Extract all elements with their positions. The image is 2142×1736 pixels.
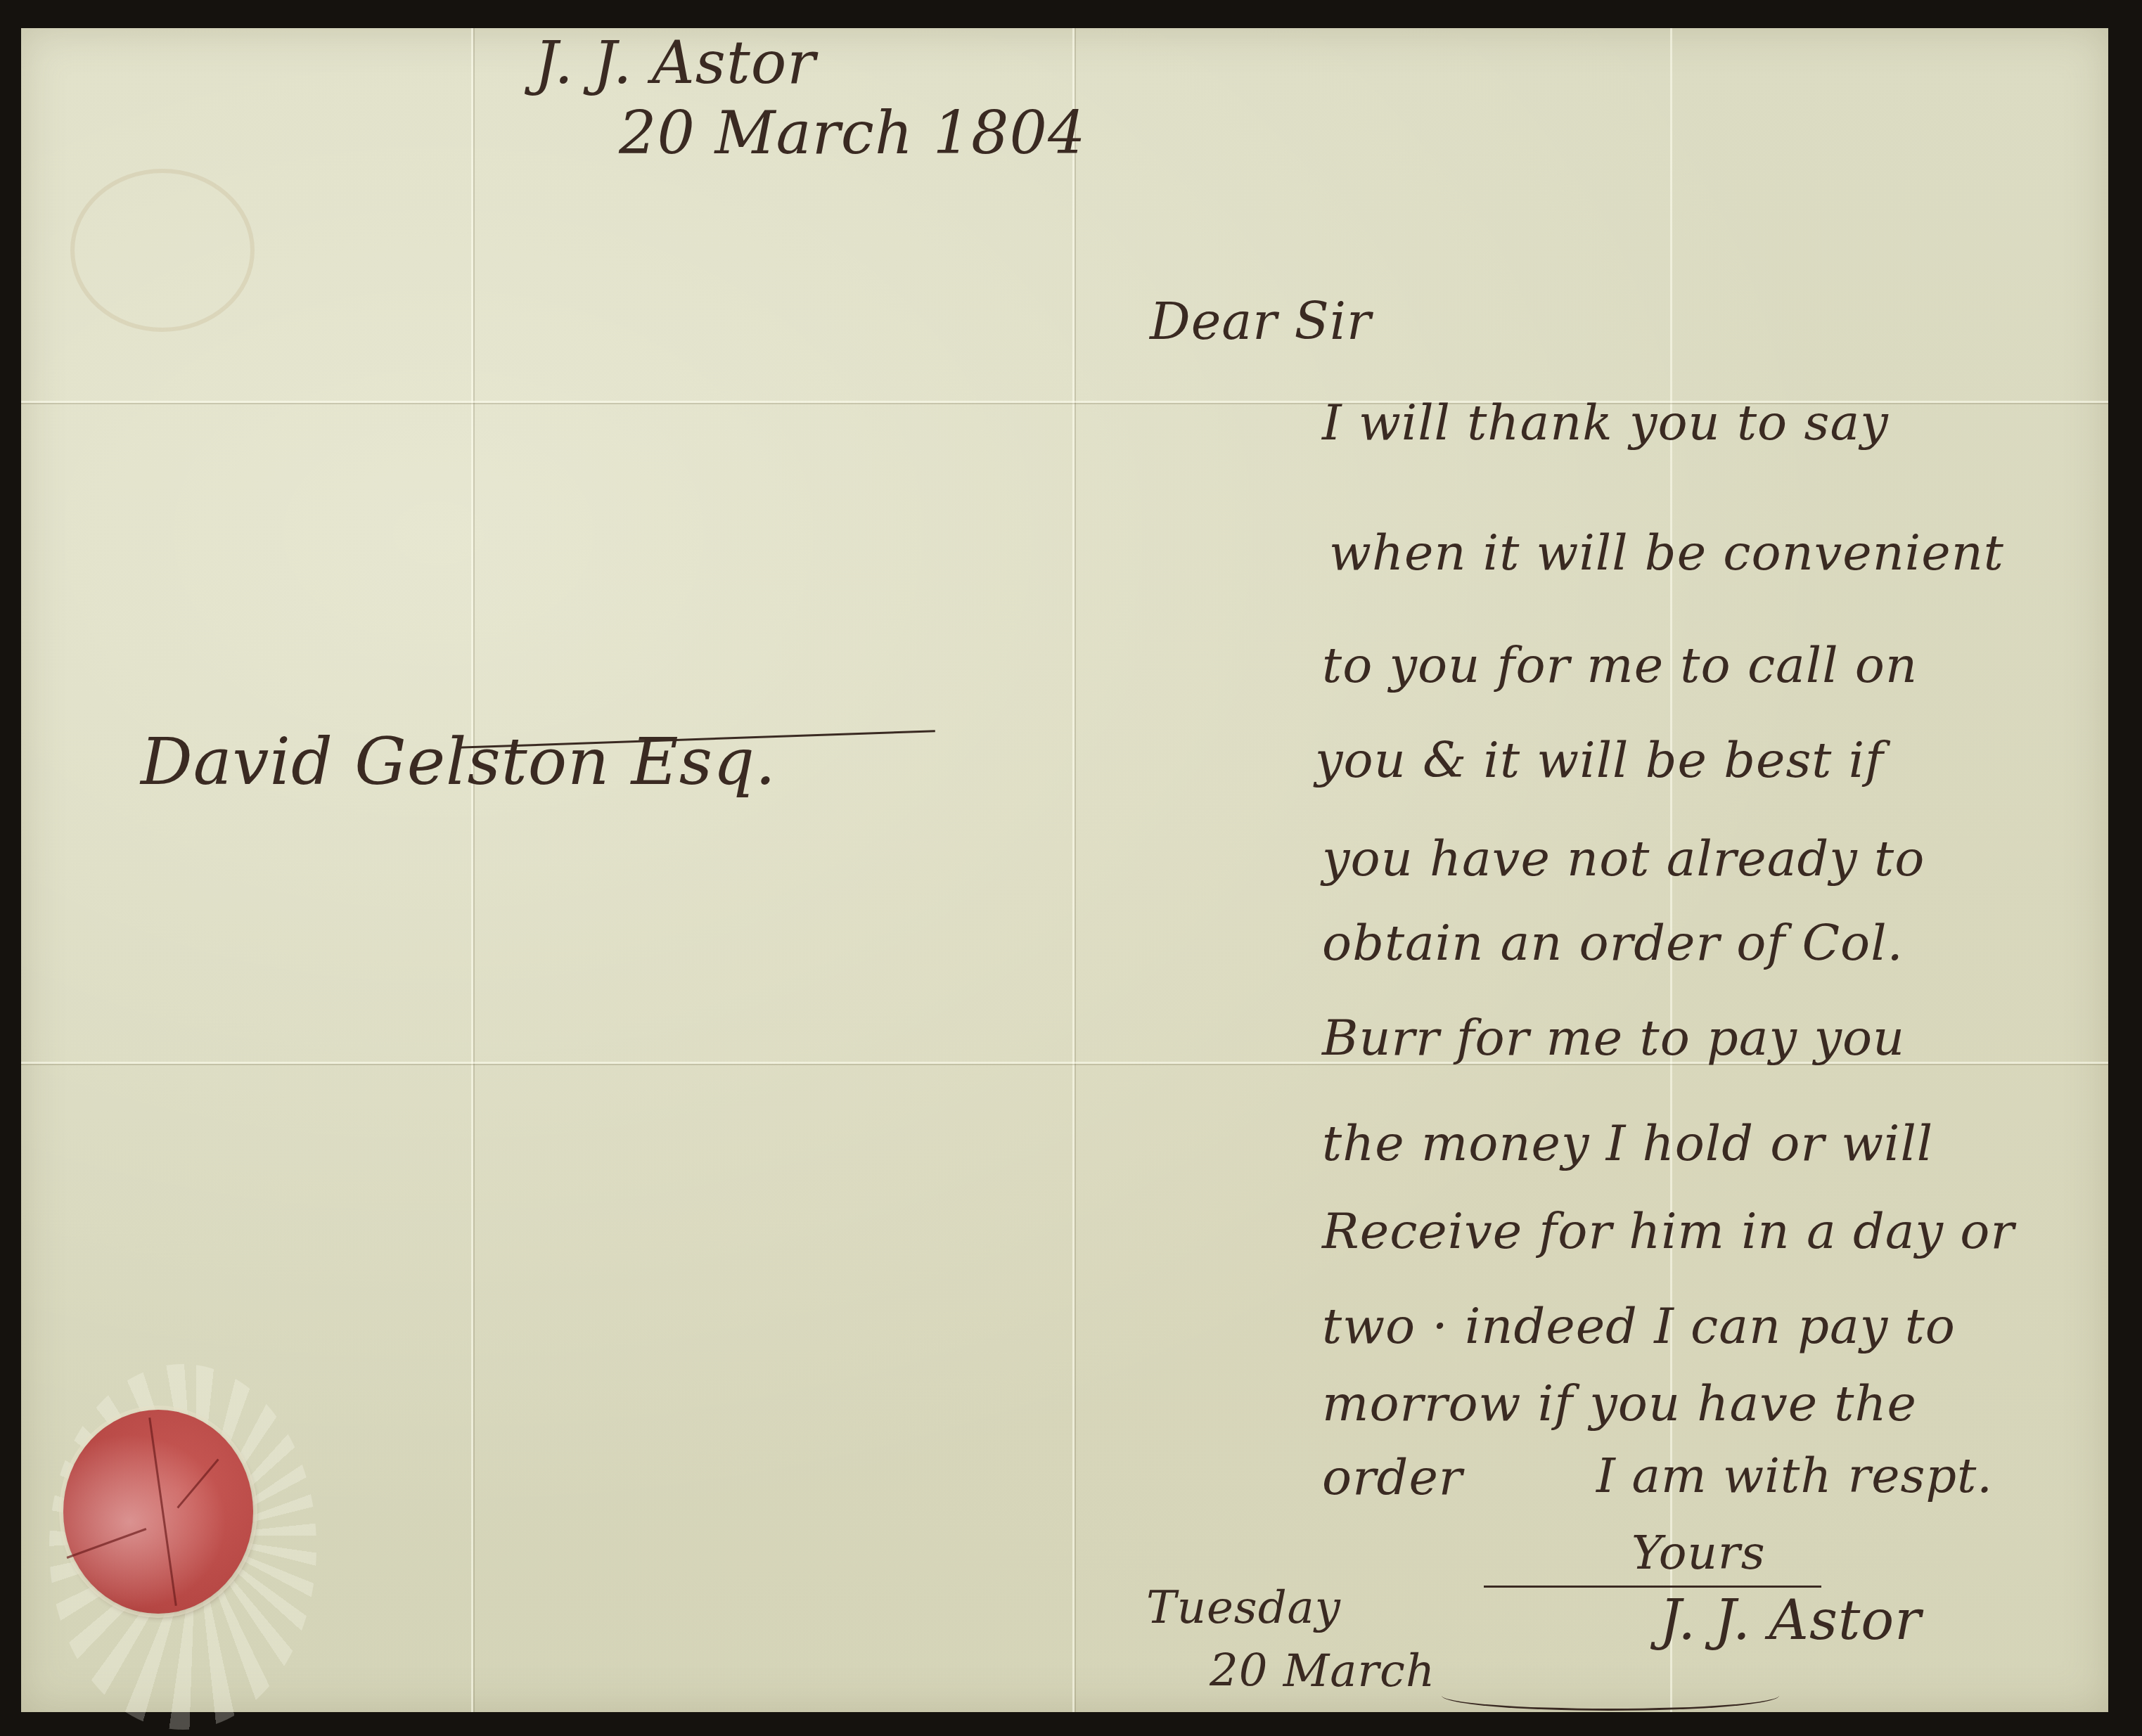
faint-postmark-stamp — [70, 169, 255, 332]
signature: J. J. Astor — [1660, 1589, 1922, 1652]
signature-overline — [1484, 1586, 1821, 1588]
closing-phrase: I am with respt. — [1596, 1448, 1993, 1504]
docket-date: 20 March 1804 — [619, 98, 1086, 167]
signature-flourish — [1442, 1680, 1779, 1711]
body-line-7: Burr for me to pay you — [1322, 1009, 1905, 1067]
fold-shadow-vertical-center — [1075, 28, 1076, 1712]
body-line-8: the money I hold or will — [1322, 1114, 1933, 1172]
body-line-5: you have not already to — [1322, 830, 1925, 887]
seal-crack — [177, 1459, 219, 1509]
body-line-10: two · indeed I can pay to — [1322, 1297, 1956, 1355]
dateline-date: 20 March — [1210, 1645, 1435, 1697]
body-line-11: morrow if you have the — [1322, 1375, 1917, 1432]
docket-sender-name: J. J. Astor — [534, 28, 816, 97]
dateline-day: Tuesday — [1146, 1582, 1341, 1634]
valediction: Yours — [1631, 1526, 1766, 1580]
body-line-4: you & it will be best if — [1315, 731, 1884, 789]
body-line-2: when it will be convenient — [1329, 524, 2004, 581]
body-line-12: order — [1322, 1448, 1463, 1506]
body-line-6: obtain an order of Col. — [1322, 914, 1904, 972]
body-line-3: to you for me to call on — [1322, 636, 1918, 694]
red-wax-seal — [63, 1410, 253, 1614]
seal-crack — [148, 1417, 177, 1606]
body-line-9: Receive for him in a day or — [1322, 1202, 2015, 1260]
salutation: Dear Sir — [1150, 292, 1371, 351]
recipient-address: David Gelston Esq. — [141, 724, 776, 799]
fold-shadow-vertical-left — [473, 28, 475, 1712]
body-line-1: I will thank you to say — [1322, 394, 1889, 451]
seal-crack — [67, 1528, 147, 1559]
